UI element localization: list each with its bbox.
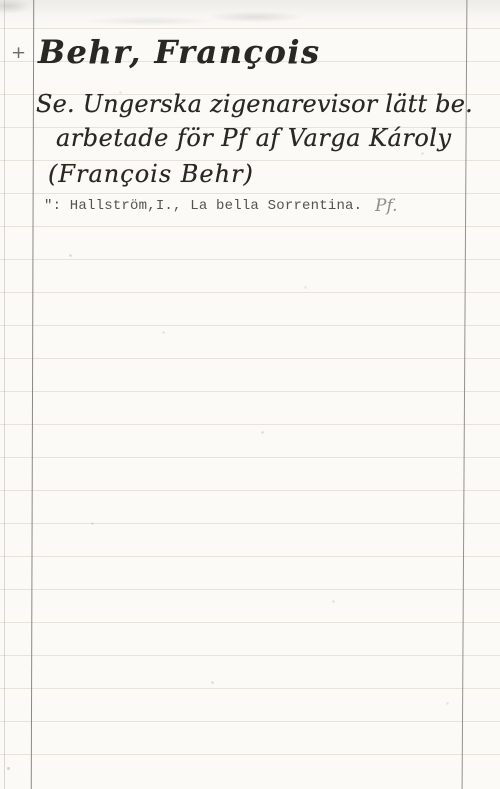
left-edge-line — [4, 0, 5, 789]
scan-edge-smudge — [0, 0, 500, 30]
handwritten-reference-line-3: (François Behr) — [48, 160, 254, 189]
handwritten-reference-line-2: arbetade för Pf af Varga Károly — [56, 124, 452, 153]
plus-mark: + — [11, 44, 26, 61]
instrument-annotation: Pf. — [375, 196, 398, 216]
handwritten-reference-line-1: Se. Ungerska zigenarevisor lätt be. — [36, 90, 473, 119]
typewritten-entry: ": Hallström,I., La bella Sorrentina. — [44, 199, 362, 214]
author-heading-handwritten: Behr, François — [38, 33, 321, 71]
paper-speckles — [0, 0, 1, 1]
catalog-card-scan: + Behr, François Se. Ungerska zigenarevi… — [0, 0, 500, 789]
